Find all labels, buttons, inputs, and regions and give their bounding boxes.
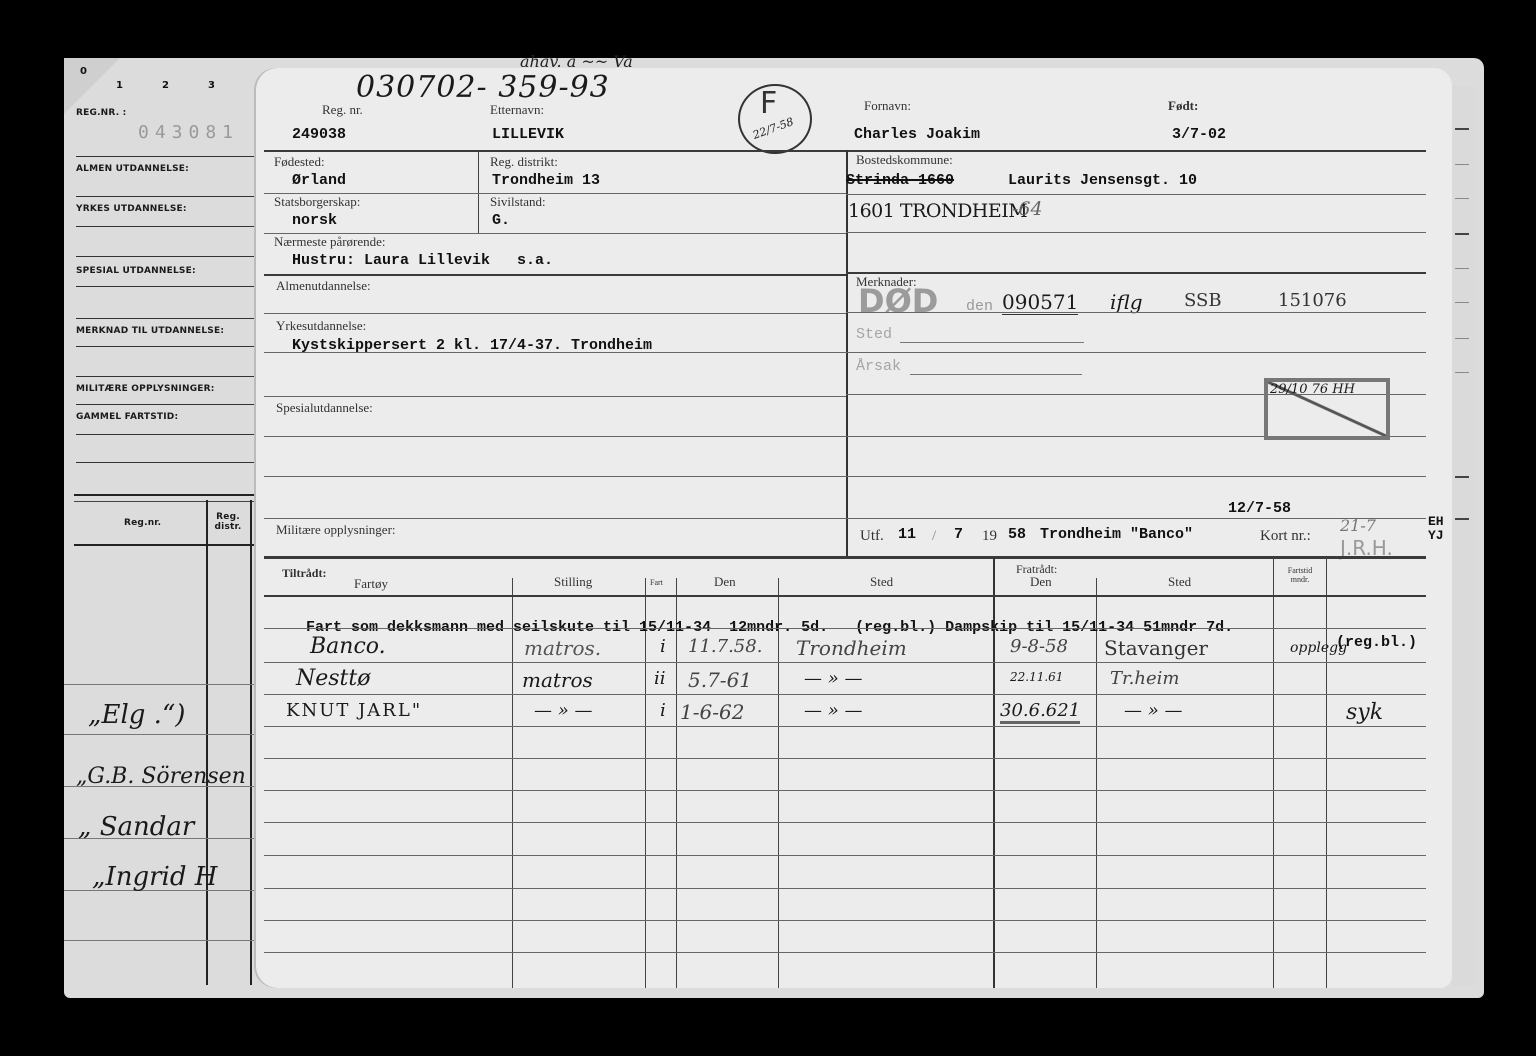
arsak-underline (910, 374, 1082, 375)
back-label-merknad: MERKNAD TIL UTDANNELSE: (76, 326, 224, 336)
divider (846, 272, 1426, 274)
table-header-rule (264, 595, 1426, 597)
handwritten-vessel-elg: „Elg .“) (88, 700, 185, 730)
row-rule (264, 822, 1426, 823)
divider (76, 376, 256, 377)
utf-month: 7 (954, 526, 963, 543)
parorende-value: Hustru: Laura Lillevik s.a. (292, 252, 553, 269)
divider (264, 274, 846, 276)
utf-century: 19 (982, 528, 997, 545)
edge-tick (1455, 128, 1469, 130)
col-den-tiltradt: Den (714, 574, 736, 590)
label-tiltradt: Tiltrådt: (282, 566, 326, 581)
column-rule (512, 578, 513, 988)
col-fartoy: Fartøy (354, 576, 388, 592)
col-den-fratradt: Den (1030, 574, 1052, 590)
label-statsborgerskap: Statsborgerskap: (274, 194, 360, 210)
service-summary-line: Fart som dekksmann med seilskute til 15/… (298, 600, 1233, 636)
ssb: SSB (1184, 290, 1222, 311)
label-sivilstand: Sivilstand: (490, 194, 546, 210)
divider (76, 196, 256, 197)
edge-tick (1455, 233, 1469, 235)
edge-tick (1455, 302, 1469, 303)
label-etternavn: Etternavn: (490, 102, 544, 118)
ssb-date: 151076 (1278, 290, 1347, 311)
divider (76, 156, 256, 157)
tab-number-2: 2 (162, 80, 169, 91)
divider (76, 226, 256, 227)
tab-number-1: 1 (116, 80, 123, 91)
divider (76, 318, 256, 319)
reg-distrikt-value: Trondheim 13 (492, 172, 600, 189)
iflg: iflg (1110, 290, 1143, 314)
edge-tick (1455, 198, 1469, 199)
row-rule (264, 855, 1426, 856)
label-spesialutdannelse: Spesialutdannelse: (276, 400, 373, 416)
label-sted: Sted (856, 326, 892, 343)
label-fornavn: Fornavn: (864, 98, 911, 114)
edge-tick (1455, 372, 1469, 373)
handwritten-vessel-sandar: „ Sandar (78, 812, 194, 842)
row-rule (64, 684, 256, 685)
label-yrkesutdannelse: Yrkesutdannelse: (276, 318, 366, 334)
bostedskommune-new: 1601 TRONDHEIM (848, 200, 1027, 222)
divider (76, 462, 256, 463)
handwritten-record-number: 030702- 359-93 (356, 70, 610, 105)
divider (846, 352, 1426, 353)
edge-tick (1455, 476, 1469, 478)
divider (264, 352, 846, 353)
utf-date-above: 12/7-58 (1228, 500, 1291, 517)
row-rule (64, 940, 256, 941)
divider (264, 556, 1426, 559)
kort-nr-hand: 21-7 (1340, 516, 1376, 535)
row3-fart: i (660, 700, 666, 721)
row2-fartoy: Nesttø (296, 666, 371, 691)
utf-place: Trondheim "Banco" (1040, 526, 1193, 543)
row3-fratradt-den: 30.6.621 (1000, 700, 1080, 724)
row3-note: syk (1346, 700, 1383, 725)
back-label-reg-nr: REG.NR. : (76, 108, 126, 118)
fornavn-value: Charles Joakim (854, 126, 980, 143)
row-rule (264, 952, 1426, 953)
column-rule (778, 578, 779, 988)
back-reg-nr-value: 043081 (138, 122, 239, 143)
row1-stilling: matros. (524, 636, 601, 660)
back-card-right-edge (1452, 86, 1476, 986)
row3-den: 1-6-62 (680, 700, 744, 724)
handwritten-vessel-gb-sorensen: „G.B. Sörensen (76, 764, 256, 789)
row-rule (264, 726, 1426, 727)
label-militaere-opplysninger: Militære opplysninger: (276, 522, 396, 538)
code-yj: YJ (1428, 528, 1444, 543)
row3-stilling: — » — (534, 700, 592, 721)
label-reg-distrikt: Reg. distrikt: (490, 154, 558, 170)
divider (264, 436, 846, 437)
label-kort-nr: Kort nr.: (1260, 528, 1311, 545)
top-scribble: ahav. a ~~ Va (520, 52, 633, 71)
divider (846, 476, 1426, 477)
col-sted-tiltradt: Sted (870, 574, 893, 590)
row3-fartoy: KNUT JARL" (286, 700, 422, 721)
dod-stamp: DØD (858, 282, 938, 320)
col-fartstid: Fartstid mndr. (1278, 566, 1322, 584)
bostedskommune-address: Laurits Jensensgt. 10 (1008, 172, 1197, 189)
row-rule (64, 734, 256, 735)
row2-fratradt-den: 22.11.61 (1010, 670, 1063, 684)
row2-fratradt-sted: Tr.heim (1110, 668, 1179, 689)
col-sted-fratradt: Sted (1168, 574, 1191, 590)
col-fart: Fart (650, 578, 663, 587)
divider (264, 396, 846, 397)
tab-number-3: 3 (208, 80, 215, 91)
label-arsak: Årsak (856, 358, 901, 375)
row1-fart: i (660, 636, 666, 657)
utf-year: 58 (1008, 526, 1026, 543)
divider (264, 150, 1426, 152)
back-label-gammel: GAMMEL FARTSTID: (76, 412, 178, 422)
label-reg-nr: Reg. nr. (322, 102, 363, 118)
row1-fratradt-den: 9-8-58 (1010, 636, 1068, 657)
f-stamp-letter: F (760, 86, 777, 121)
divider (264, 518, 846, 519)
row2-sted: — » — (804, 668, 862, 689)
row3-fratradt-sted: — » — (1124, 700, 1182, 721)
row-rule (264, 628, 1426, 629)
label-almenutdannelse: Almenutdannelse: (276, 278, 371, 294)
edge-tick (1455, 338, 1469, 339)
divider (76, 404, 256, 405)
label-fodested: Fødested: (274, 154, 325, 170)
code-eh: EH (1428, 514, 1444, 529)
row1-den: 11.7.58. (688, 636, 762, 657)
bostedskommune-struck: Strinda 1660 (846, 172, 954, 189)
double-divider (74, 494, 256, 502)
edge-tick (1455, 518, 1469, 520)
label-fodt: Født: (1168, 98, 1198, 114)
row1-fratradt-sted: Stavanger (1104, 636, 1208, 660)
box-stamp-text: 29/10 76 HH (1270, 382, 1355, 397)
back-label-spesial: SPESIAL UTDANNELSE: (76, 266, 196, 276)
divider (846, 312, 1426, 313)
divider (264, 313, 846, 314)
column-rule (1273, 558, 1274, 988)
edge-tick (1455, 164, 1469, 165)
divider (74, 544, 256, 546)
divider (846, 194, 1426, 195)
column-rule (250, 500, 252, 985)
row1-fartoy: Banco. (310, 634, 386, 659)
row-rule (264, 920, 1426, 921)
divider (76, 286, 256, 287)
column-rule (676, 578, 677, 988)
divider (846, 518, 1426, 519)
col-stilling: Stilling (554, 574, 592, 590)
row3-sted: — » — (804, 700, 862, 721)
statsborgerskap-value: norsk (292, 212, 337, 229)
back-col-regdistr: Reg. distr. (212, 512, 244, 532)
row-rule (264, 662, 1426, 663)
label-bostedskommune: Bostedskommune: (856, 152, 953, 168)
row2-stilling: matros (522, 668, 593, 692)
back-col-regnr: Reg.nr. (124, 518, 161, 528)
back-label-yrkes: YRKES UTDANNELSE: (76, 204, 187, 214)
fodested-value: Ørland (292, 172, 346, 189)
divider (76, 346, 256, 347)
utf-slash: / (932, 528, 936, 545)
etternavn-value: LILLEVIK (492, 126, 564, 143)
handwritten-vessel-ingrid: „Ingrid H (92, 862, 256, 892)
row-rule (264, 888, 1426, 889)
row2-fart: ii (654, 668, 666, 689)
row-rule (264, 694, 1426, 695)
divider (264, 476, 846, 477)
bostedskommune-new-suffix: -64 (1012, 198, 1043, 220)
row-rule (264, 790, 1426, 791)
divider (76, 434, 256, 435)
row1-sted: Trondheim (796, 636, 907, 660)
column-rule (206, 500, 208, 985)
column-rule (1326, 558, 1327, 988)
sted-underline (900, 342, 1084, 343)
back-label-almen: ALMEN UTDANNELSE: (76, 164, 189, 174)
edge-tick (1455, 268, 1469, 269)
divider (76, 256, 256, 257)
label-utf: Utf. (860, 528, 884, 545)
row2-den: 5.7-61 (688, 668, 752, 692)
column-rule (1096, 578, 1097, 988)
label-parorende: Nærmeste pårørende: (274, 234, 386, 250)
fodt-value: 3/7-02 (1172, 126, 1226, 143)
sivilstand-value: G. (492, 212, 510, 229)
row-rule (264, 758, 1426, 759)
tab-number-0: 0 (80, 66, 87, 77)
row1-note: (reg.bl.) (1336, 634, 1417, 651)
reg-nr-value: 249038 (292, 126, 346, 143)
column-rule (645, 578, 646, 988)
utf-day: 11 (898, 526, 916, 543)
divider (846, 232, 1426, 233)
back-label-militaere: MILITÆRE OPPLYSNINGER: (76, 384, 215, 394)
